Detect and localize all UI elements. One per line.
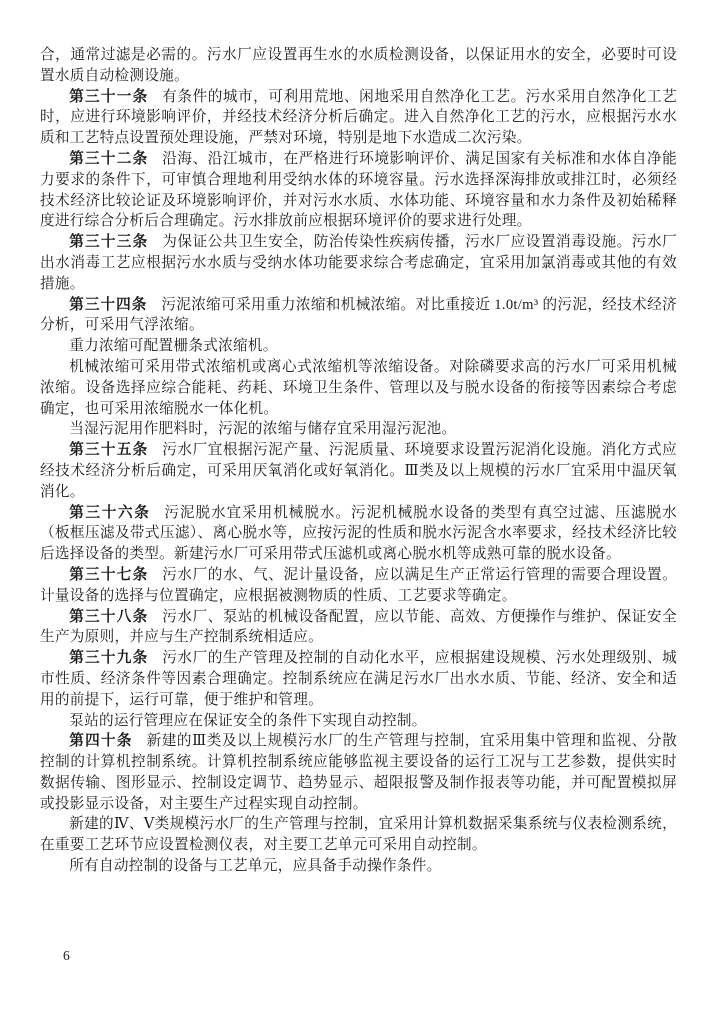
paragraph: 所有自动控制的设备与工艺单元，应具备手动操作条件。: [40, 856, 677, 877]
article-number: 第三十三条: [69, 234, 148, 250]
paragraph-text: 泵站的运行管理应在保证安全的条件下实现自动控制。: [69, 713, 426, 729]
article-number: 第四十条: [69, 733, 133, 749]
paragraph-text: 所有自动控制的设备与工艺单元，应具备手动操作条件。: [69, 858, 441, 874]
paragraph: 重力浓缩可配置栅条式浓缩机。: [40, 336, 677, 357]
paragraph-text: 当湿污泥用作肥料时，污泥的浓缩与储存宜采用湿污泥池。: [69, 421, 456, 437]
paragraph: 第三十九条污水厂的生产管理及控制的自动化水平，应根据建设规模、污水处理级别、城市…: [40, 648, 677, 710]
paragraph: 泵站的运行管理应在保证安全的条件下实现自动控制。: [40, 711, 677, 732]
article-number: 第三十一条: [69, 89, 148, 105]
article-number: 第三十二条: [69, 151, 148, 167]
article-number: 第三十六条: [69, 505, 150, 521]
paragraph: 合，通常过滤是必需的。污水厂应设置再生水的水质检测设备，以保证用水的安全，必要时…: [40, 45, 677, 87]
paragraph: 第三十三条为保证公共卫生安全，防治传染性疾病传播，污水厂应设置消毒设施。污水厂出…: [40, 232, 677, 294]
paragraph: 第三十五条污水厂宜根据污泥产量、污泥质量、环境要求设置污泥消化设施。消化方式应经…: [40, 440, 677, 502]
paragraph: 第三十四条污泥浓缩可采用重力浓缩和机械浓缩。对比重接近 1.0t/m³ 的污泥，…: [40, 295, 677, 337]
document-body: 合，通常过滤是必需的。污水厂应设置再生水的水质检测设备，以保证用水的安全，必要时…: [40, 45, 677, 877]
paragraph-text: 新建的Ⅲ类及以上规模污水厂的生产管理与控制，宜采用集中管理和监视、分散控制的计算…: [40, 733, 677, 811]
paragraph: 当湿污泥用作肥料时，污泥的浓缩与储存宜采用湿污泥池。: [40, 419, 677, 440]
article-number: 第三十七条: [69, 567, 148, 583]
page-number: 6: [63, 948, 70, 964]
article-number: 第三十五条: [69, 442, 148, 458]
article-number: 第三十九条: [69, 650, 148, 666]
paragraph: 第三十六条污泥脱水宜采用机械脱水。污泥机械脱水设备的类型有真空过滤、压滤脱水（板…: [40, 503, 677, 565]
paragraph-text: 合，通常过滤是必需的。污水厂应设置再生水的水质检测设备，以保证用水的安全，必要时…: [40, 47, 677, 84]
document-page: 合，通常过滤是必需的。污水厂应设置再生水的水质检测设备，以保证用水的安全，必要时…: [0, 0, 717, 1018]
article-number: 第三十八条: [69, 609, 148, 625]
paragraph: 第四十条新建的Ⅲ类及以上规模污水厂的生产管理与控制，宜采用集中管理和监视、分散控…: [40, 731, 677, 814]
paragraph-text: 机械浓缩可采用带式浓缩机或离心式浓缩机等浓缩设备。对除磷要求高的污水厂可采用机械…: [40, 359, 677, 417]
paragraph: 新建的Ⅳ、Ⅴ类规模污水厂的生产管理与控制，宜采用计算机数据采集系统与仪表检测系统…: [40, 814, 677, 856]
paragraph: 机械浓缩可采用带式浓缩机或离心式浓缩机等浓缩设备。对除磷要求高的污水厂可采用机械…: [40, 357, 677, 419]
article-number: 第三十四条: [69, 297, 147, 313]
paragraph: 第三十一条有条件的城市，可利用荒地、闲地采用自然净化工艺。污水采用自然净化工艺时…: [40, 87, 677, 149]
paragraph-text: 新建的Ⅳ、Ⅴ类规模污水厂的生产管理与控制，宜采用计算机数据采集系统与仪表检测系统…: [40, 816, 677, 853]
paragraph: 第三十二条沿海、沿江城市，在严格进行环境影响评价、满足国家有关标准和水体自净能力…: [40, 149, 677, 232]
paragraph: 第三十八条污水厂、泵站的机械设备配置，应以节能、高效、方便操作与维护、保证安全生…: [40, 607, 677, 649]
paragraph-text: 重力浓缩可配置栅条式浓缩机。: [69, 338, 278, 354]
paragraph: 第三十七条污水厂的水、气、泥计量设备，应以满足生产正常运行管理的需要合理设置。计…: [40, 565, 677, 607]
